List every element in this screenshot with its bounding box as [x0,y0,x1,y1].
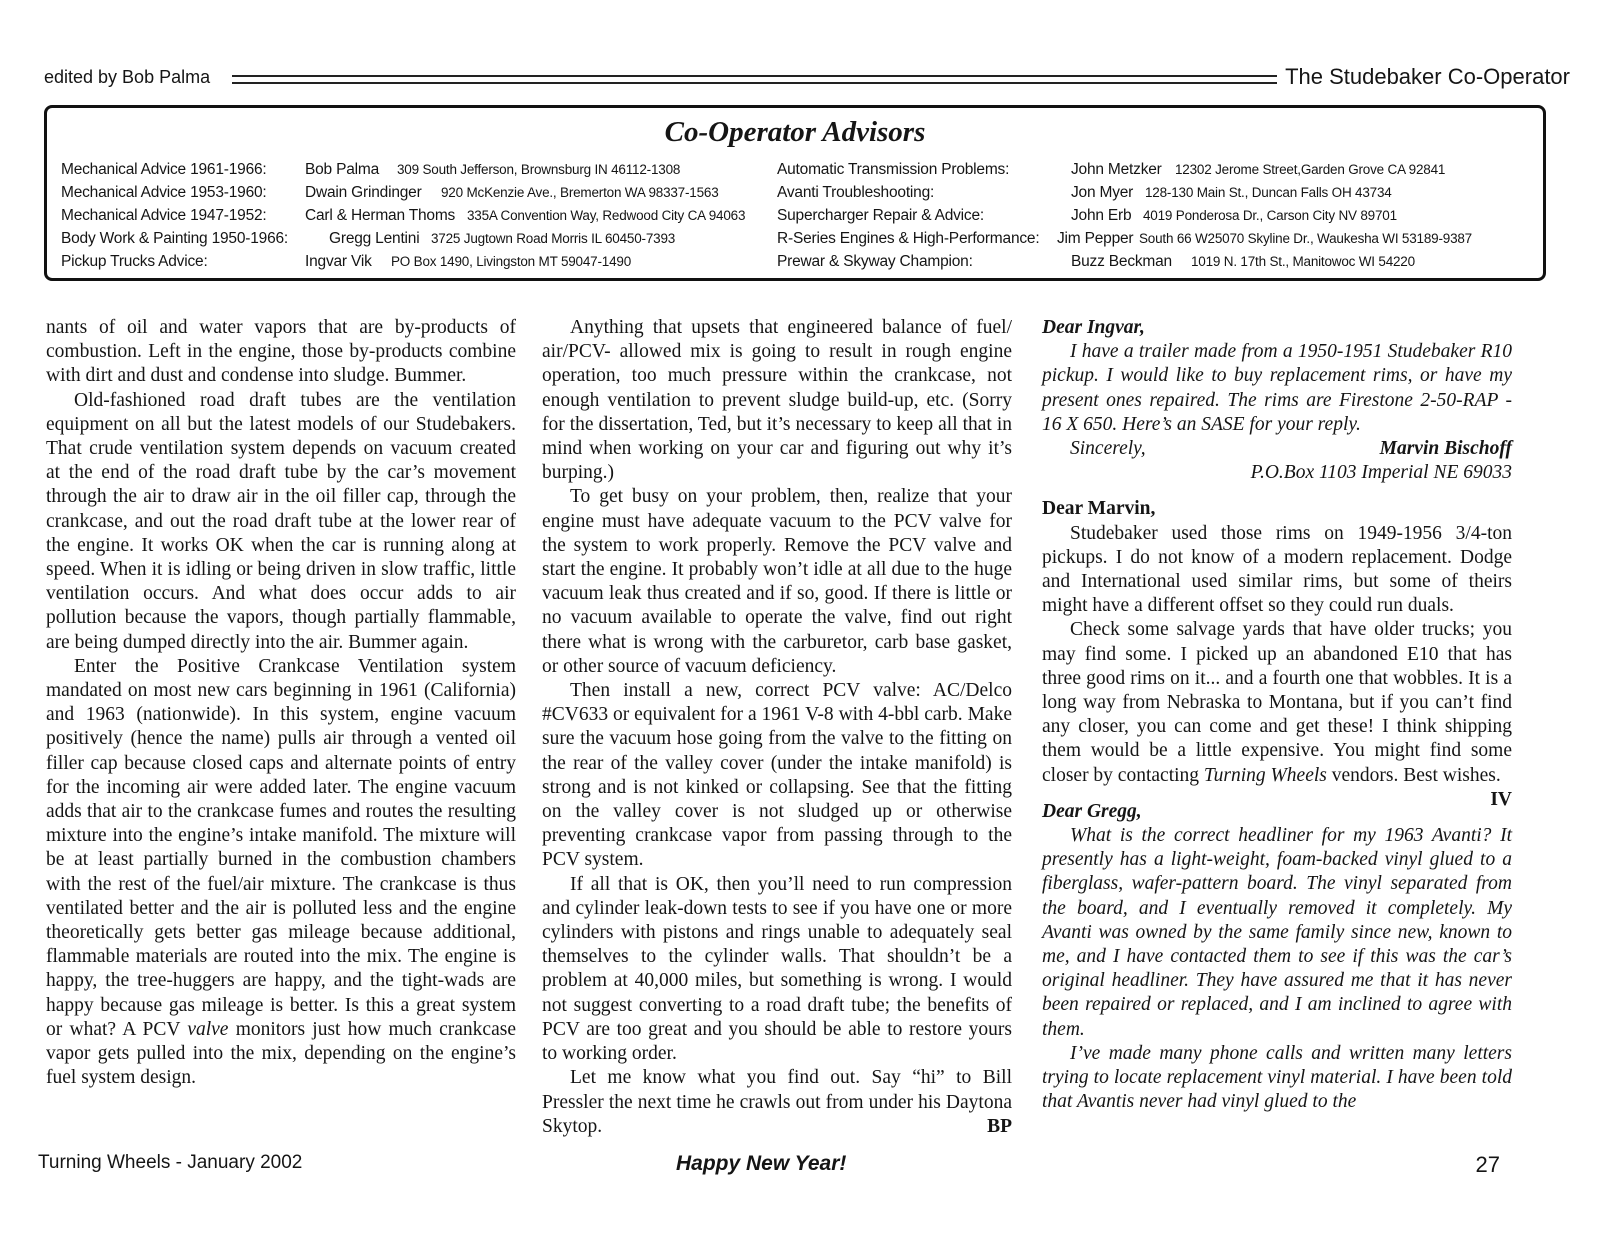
advisor-role: Mechanical Advice 1961-1966: [61,158,267,181]
publication-date: Turning Wheels - January 2002 [38,1152,302,1174]
page-number: 27 [1476,1152,1500,1178]
footer-greeting: Happy New Year! [676,1152,846,1176]
author-initials: IV [1462,788,1512,812]
paragraph: Old-fashioned road draft tubes are the v… [46,389,516,655]
letter-salutation: Dear Gregg, [1042,800,1512,824]
paragraph: Check some salvage yards that have older… [1042,618,1512,787]
advisor-name: Bob Palma [305,158,379,181]
advisor-address: 3725 Jugtown Road Morris IL 60450-7393 [431,227,675,250]
spacer [1042,788,1512,800]
paragraph-text: vendors. Best wishes. [1327,765,1501,786]
author-initials: BP [959,1115,1012,1139]
advisor-row: Pickup Trucks Advice: Ingvar Vik PO Box … [61,250,1533,273]
letter-salutation: Dear Ingvar, [1042,316,1512,340]
advisor-role: Avanti Troubleshooting: [777,181,934,204]
advisor-row: Mechanical Advice 1953-1960: Dwain Grind… [61,181,1533,204]
advisor-role: Body Work & Painting 1950-1966: [61,227,288,250]
advisor-name: Dwain Grindinger [305,181,422,204]
emphasis: valve [187,1019,228,1040]
advisor-name: Jim Pepper [1057,227,1133,250]
letter-signature: Sincerely, Marvin Bischoff [1042,437,1512,461]
article-column-1: nants of oil and water vapors that are b… [46,316,516,1091]
advisor-name: Carl & Herman Thoms [305,204,455,227]
spacer [1042,485,1512,497]
advisor-address: 920 McKenzie Ave., Bremerton WA 98337-15… [441,181,719,204]
advisor-address: PO Box 1490, Livingston MT 59047-1490 [391,250,631,273]
letter-body: I have a trailer made from a 1950-1951 S… [1042,340,1512,437]
editor-credit: edited by Bob Palma [44,67,210,88]
paragraph: If all that is OK, then you’ll need to r… [542,873,1012,1067]
advisor-row: Mechanical Advice 1947-1952: Carl & Herm… [61,204,1533,227]
article-column-2: Anything that upsets that engineered bal… [542,316,1012,1139]
advisor-role: Automatic Transmission Problems: [777,158,1009,181]
advisor-name: Jon Myer [1071,181,1133,204]
section-title: The Studebaker Co-Operator [1285,64,1570,90]
letter-body: I’ve made many phone calls and written m… [1042,1042,1512,1115]
advisor-role: Pickup Trucks Advice: [61,250,208,273]
advisor-address: 12302 Jerome Street,Garden Grove CA 9284… [1175,158,1445,181]
advisor-address: 335A Convention Way, Redwood City CA 940… [467,204,745,227]
paragraph: Let me know what you find out. Say “hi” … [542,1066,1012,1139]
paragraph-text: Check some salvage yards that have older… [1042,619,1512,785]
advisor-row: Mechanical Advice 1961-1966: Bob Palma 3… [61,158,1533,181]
paragraph: Then install a new, correct PCV valve: A… [542,679,1012,873]
advisor-name: Ingvar Vik [305,250,372,273]
advisor-name: John Metzker [1071,158,1162,181]
advisor-address: 128-130 Main St., Duncan Falls OH 43734 [1145,181,1392,204]
advisor-role: Mechanical Advice 1947-1952: [61,204,267,227]
advisor-role: Supercharger Repair & Advice: [777,204,984,227]
article-column-3: Dear Ingvar, I have a trailer made from … [1042,316,1512,1115]
advisor-role: Prewar & Skyway Champion: [777,250,973,273]
page-footer: Turning Wheels - January 2002 Happy New … [38,1152,1500,1182]
advisor-address: 4019 Ponderosa Dr., Carson City NV 89701 [1143,204,1397,227]
paragraph: nants of oil and water vapors that are b… [46,316,516,389]
letter-body: What is the correct headliner for my 196… [1042,824,1512,1042]
header-double-rule [232,75,1277,84]
advisor-address: 309 South Jefferson, Brownsburg IN 46112… [397,158,680,181]
advisor-name: Buzz Beckman [1071,250,1172,273]
advisor-row: Body Work & Painting 1950-1966: Gregg Le… [61,227,1533,250]
advisor-name: John Erb [1071,204,1131,227]
letter-closing: Sincerely, [1070,437,1146,461]
running-header: edited by Bob Palma The Studebaker Co-Op… [44,62,1570,92]
letter-address: P.O.Box 1103 Imperial NE 69033 [1042,461,1512,485]
advisor-address: 1019 N. 17th St., Manitowoc WI 54220 [1191,250,1415,273]
publication-reference: Turning Wheels [1204,765,1327,786]
advisor-role: Mechanical Advice 1953-1960: [61,181,267,204]
advisor-name: Gregg Lentini [329,227,419,250]
paragraph-text: Let me know what you find out. Say “hi” … [542,1067,1012,1136]
reply-salutation: Dear Marvin, [1042,497,1512,521]
paragraph: Anything that upsets that engineered bal… [542,316,1012,485]
paragraph: To get busy on your problem, then, reali… [542,485,1012,679]
paragraph: Enter the Positive Crankcase Ventilation… [46,655,516,1091]
advisors-title: Co-Operator Advisors [47,116,1543,149]
advisor-role: R-Series Engines & High-Performance: [777,227,1039,250]
advisors-list: Mechanical Advice 1961-1966: Bob Palma 3… [61,158,1533,273]
advisors-box: Co-Operator Advisors Mechanical Advice 1… [44,105,1546,281]
paragraph: Studebaker used those rims on 1949-1956 … [1042,522,1512,619]
paragraph-text: Enter the Positive Crankcase Ventilation… [46,656,516,1040]
letter-signer: Marvin Bischoff [1380,437,1512,461]
advisor-address: South 66 W25070 Skyline Dr., Waukesha WI… [1139,227,1472,250]
